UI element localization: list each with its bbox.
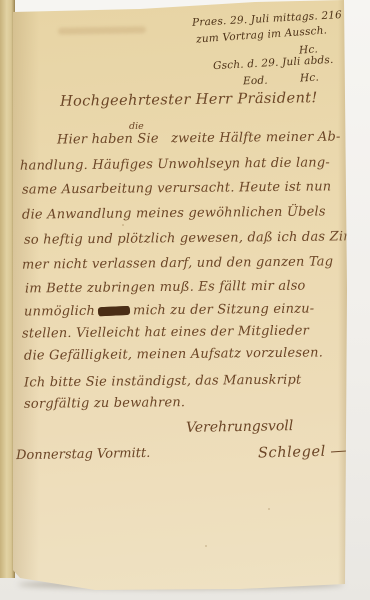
body-line-8-post: mich zu der Sitzung einzu- bbox=[133, 301, 315, 318]
body-line-4: die Anwandlung meines gewöhnlichen Übels bbox=[22, 204, 326, 222]
annotation-eod: Eod. bbox=[243, 75, 268, 88]
crossed-out-word bbox=[98, 306, 130, 316]
foxing-spot bbox=[268, 508, 270, 510]
body-line-7: im Bette zubringen muß. Es fällt mir als… bbox=[25, 279, 306, 297]
annotation-done-line: Gsch. d. 29. Juli abds. bbox=[213, 54, 334, 72]
body-line-12: sorgfältig zu bewahren. bbox=[24, 395, 185, 412]
salutation: Hochgeehrtester Herr Präsident! bbox=[60, 90, 318, 110]
foxing-spot bbox=[122, 224, 124, 226]
body-line-2: handlung. Häufiges Unwohlseyn hat die la… bbox=[20, 155, 330, 173]
body-line-3: same Ausarbeitung verursacht. Heute ist … bbox=[22, 179, 331, 197]
valediction: Verehrungsvoll bbox=[186, 418, 294, 436]
signature-name: Schlegel bbox=[258, 444, 326, 462]
body-line-9: stellen. Vielleicht hat eines der Mitgli… bbox=[22, 323, 309, 341]
signature: Schlegel bbox=[258, 442, 370, 461]
faint-erased-mark bbox=[58, 26, 146, 35]
annotation-initials-2: Hc. bbox=[300, 72, 320, 85]
letter-sheet: Praes. 29. Juli mittags. 216 zum Vortrag… bbox=[0, 0, 370, 600]
body-line-1-post: zweite Hälfte meiner Ab- bbox=[171, 130, 341, 147]
body-line-1: Hier haben Sie zweite Hälfte meiner Ab- bbox=[57, 130, 341, 148]
body-line-8-pre: unmöglich bbox=[24, 304, 95, 320]
bound-page-gutter-edge bbox=[0, 0, 15, 578]
body-line-6: mer nicht verlassen darf, und den ganzen… bbox=[22, 254, 333, 272]
dateline: Donnerstag Vormitt. bbox=[16, 446, 151, 463]
body-line-8: unmöglichmich zu der Sitzung einzu- bbox=[24, 301, 315, 319]
body-line-5: so heftig und plötzlich gewesen, daß ich… bbox=[24, 229, 360, 248]
body-line-1-pre: Hier haben Sie bbox=[57, 131, 159, 147]
foxing-spot bbox=[205, 545, 207, 547]
manuscript-scan: Praes. 29. Juli mittags. 216 zum Vortrag… bbox=[0, 0, 370, 600]
body-line-11: Ich bitte Sie inständigst, das Manuskrip… bbox=[24, 373, 302, 391]
interlinear-insertion: die bbox=[129, 121, 144, 132]
body-line-10: die Gefälligkeit, meinen Aufsatz vorzule… bbox=[24, 345, 323, 363]
signature-flourish bbox=[331, 448, 370, 452]
